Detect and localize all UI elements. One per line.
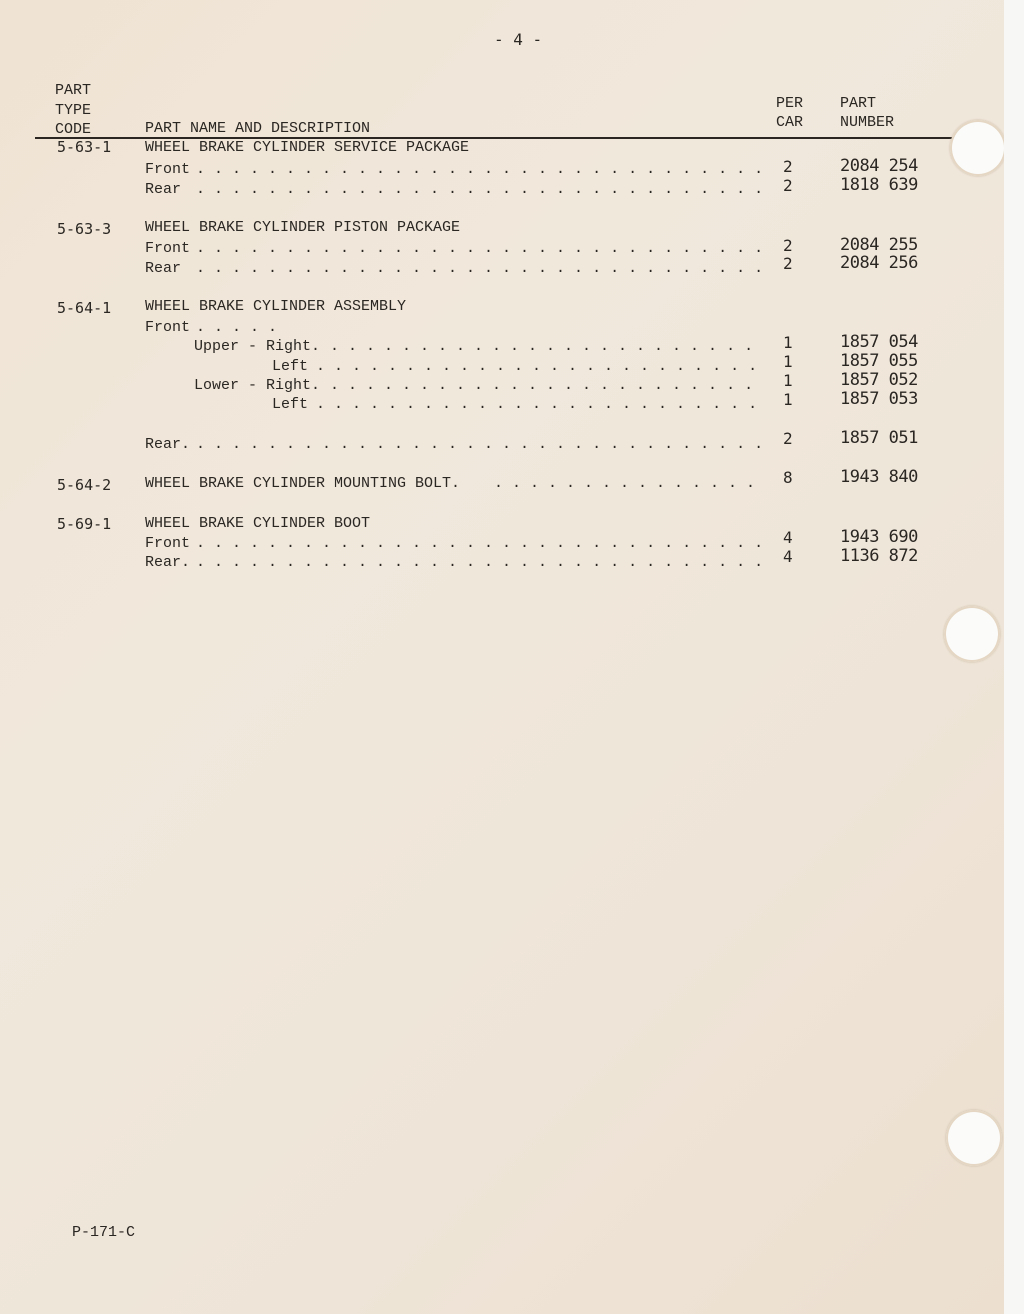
scan-margin bbox=[1004, 0, 1024, 1314]
qty: 1 bbox=[783, 333, 793, 352]
qty: 1 bbox=[783, 352, 793, 371]
header-part-line1: PART bbox=[840, 94, 876, 113]
dot-leader: . . . . . . . . . . . . . . . . . . . . … bbox=[330, 376, 766, 395]
dot-leader: . . . . . . . . . . . . . . . . . . . . … bbox=[494, 474, 766, 493]
part-number: 1136 872 bbox=[840, 547, 918, 566]
header-qty-line2: CAR bbox=[776, 113, 803, 132]
part-number: 1857 051 bbox=[840, 429, 918, 448]
dot-leader: . . . . . . . . . . . . . . . . . . . . … bbox=[196, 553, 766, 572]
qty: 2 bbox=[783, 236, 793, 255]
part-number: 1857 055 bbox=[840, 352, 918, 371]
document-code: P-171-C bbox=[72, 1224, 135, 1241]
part-desc: Rear. bbox=[145, 435, 190, 454]
part-code: 5-69-1 bbox=[57, 515, 111, 534]
part-number: 1943 690 bbox=[840, 528, 918, 547]
part-number: 2084 256 bbox=[840, 254, 918, 273]
dot-leader: . . . . . . . . . . . . . . . . . . . . … bbox=[196, 180, 766, 199]
qty: 2 bbox=[783, 176, 793, 195]
binder-hole-bottom bbox=[946, 1110, 1002, 1166]
header-qty-line1: PER bbox=[776, 94, 803, 113]
dot-leader: . . . . . . . . . . . . . . . . . . . . … bbox=[330, 337, 766, 356]
part-desc: Rear. bbox=[145, 553, 190, 572]
qty: 1 bbox=[783, 371, 793, 390]
part-number: 1857 054 bbox=[840, 333, 918, 352]
qty: 4 bbox=[783, 547, 793, 566]
dot-leader: . . . . . . . . . . . . . . . . . . . . … bbox=[196, 534, 766, 553]
part-code: 5-64-1 bbox=[57, 299, 111, 318]
qty: 2 bbox=[783, 254, 793, 273]
part-desc: Lower - Right. bbox=[194, 376, 320, 395]
part-desc: Left bbox=[272, 395, 308, 414]
part-number: 1943 840 bbox=[840, 468, 918, 487]
dot-leader: . . . . . . . . . . . . . . . . . . . . … bbox=[196, 239, 766, 258]
header-code-line2: TYPE bbox=[55, 101, 91, 120]
part-number: 1857 052 bbox=[840, 371, 918, 390]
dot-leader: . . . . . . . . . . . . . . . . . . . . … bbox=[316, 357, 766, 376]
part-number: 2084 254 bbox=[840, 157, 918, 176]
qty: 1 bbox=[783, 390, 793, 409]
part-name: WHEEL BRAKE CYLINDER SERVICE PACKAGE bbox=[145, 138, 469, 157]
dot-leader: . . . . . . . . . . . . . . . . . . . . … bbox=[196, 318, 288, 337]
part-code: 5-63-3 bbox=[57, 220, 111, 239]
header-code-line1: PART bbox=[55, 81, 91, 100]
part-desc: Left bbox=[272, 357, 308, 376]
part-code: 5-64-2 bbox=[57, 476, 111, 495]
qty: 2 bbox=[783, 157, 793, 176]
part-desc: Front bbox=[145, 160, 190, 179]
part-desc: Rear bbox=[145, 180, 181, 199]
part-name: WHEEL BRAKE CYLINDER PISTON PACKAGE bbox=[145, 218, 460, 237]
part-desc: Front bbox=[145, 534, 190, 553]
part-name: WHEEL BRAKE CYLINDER MOUNTING BOLT. bbox=[145, 474, 460, 493]
dot-leader: . . . . . . . . . . . . . . . . . . . . … bbox=[196, 160, 766, 179]
qty: 2 bbox=[783, 429, 793, 448]
header-description: PART NAME AND DESCRIPTION bbox=[145, 119, 370, 138]
dot-leader: . . . . . . . . . . . . . . . . . . . . … bbox=[316, 395, 766, 414]
part-number: 1818 639 bbox=[840, 176, 918, 195]
part-desc: Upper - Right. bbox=[194, 337, 320, 356]
dot-leader: . . . . . . . . . . . . . . . . . . . . … bbox=[196, 259, 766, 278]
binder-hole-top bbox=[950, 120, 1006, 176]
part-desc: Front bbox=[145, 318, 190, 337]
page-number: - 4 - bbox=[494, 30, 542, 49]
dot-leader: . . . . . . . . . . . . . . . . . . . . … bbox=[196, 435, 766, 454]
part-number: 1857 053 bbox=[840, 390, 918, 409]
part-name: WHEEL BRAKE CYLINDER BOOT bbox=[145, 514, 370, 533]
binder-hole-middle bbox=[944, 606, 1000, 662]
header-part-line2: NUMBER bbox=[840, 113, 894, 132]
part-desc: Rear bbox=[145, 259, 181, 278]
part-name: WHEEL BRAKE CYLINDER ASSEMBLY bbox=[145, 297, 406, 316]
qty: 4 bbox=[783, 528, 793, 547]
qty: 8 bbox=[783, 468, 793, 487]
part-code: 5-63-1 bbox=[57, 138, 111, 157]
document-page: - 4 - PART TYPE CODE PART NAME AND DESCR… bbox=[0, 0, 1004, 1314]
part-desc: Front bbox=[145, 239, 190, 258]
